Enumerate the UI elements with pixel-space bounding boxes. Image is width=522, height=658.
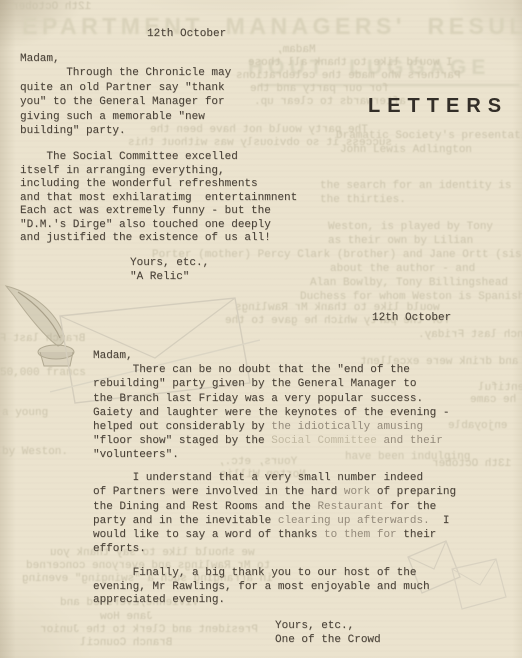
letter-line: the Dining and Rest Rooms and the Restau… — [93, 500, 456, 514]
bleed-text-fragment: Partners who made the celebrations — [236, 70, 460, 83]
letter-line-segment: and their — [377, 435, 443, 447]
bleed-text-fragment: a young — [2, 407, 48, 420]
letter-block: Finally, a big thank you to our host of … — [93, 567, 430, 608]
letter-line: Madam, — [20, 52, 231, 66]
letter-line-segment: work — [344, 486, 370, 498]
letter-line-segment: the Dining and Rest Rooms and the — [93, 501, 317, 513]
bleed-text-fragment: as their own by Lilian — [328, 235, 473, 248]
letter-line: "A Relic" — [130, 270, 209, 284]
letter-block: Yours, etc.,One of the Crowd — [275, 620, 381, 648]
bleed-text-fragment: by Weston. — [2, 446, 68, 459]
bleed-text-fragment: 50,000 francs — [0, 367, 86, 380]
letter-line: quite an old Partner say "thank — [20, 81, 231, 95]
letter-line: evening, Mr Rawlings, for a most enjoyab… — [93, 581, 430, 595]
bleed-text-fragment: Duchess for whom Weston is Spanish — [300, 291, 522, 304]
letter-line: Yours, etc., — [130, 256, 209, 270]
bleed-heading: EPARTMENT MANAGERS' RESULTS — [22, 13, 522, 40]
letter-line: There can be no doubt that the "end of t… — [93, 363, 449, 377]
letter-line: you" to the General Manager for — [20, 95, 231, 109]
letter-line-segment: to them for — [324, 529, 397, 541]
letter-line: Each act was extremely funny - but the — [20, 205, 297, 219]
bleed-text-fragment: and plentiful — [478, 382, 522, 395]
bleed-text-fragment: Madam, — [276, 44, 316, 57]
letter-line: "floor show" staged by the Social Commit… — [93, 434, 449, 448]
letter-line: giving such a memorable "new — [20, 110, 231, 124]
bleed-text-fragment: Alan Bowlby, Tony Billingshead — [310, 277, 508, 290]
letter-line: helped out considerably by the idiotical… — [93, 420, 449, 434]
letter-line-segment: of preparing — [370, 486, 456, 498]
bleed-text-fragment: Dramatic Society's presentation — [336, 130, 522, 143]
letter-block: I understand that a very small number in… — [93, 471, 456, 557]
bleed-text-fragment: success it so obviously was without this — [128, 137, 392, 150]
letter-line-segment: their — [397, 529, 437, 541]
letter-line: efforts. — [93, 542, 456, 556]
letter-line: including the wonderful refreshments — [20, 178, 297, 192]
letter-line: "D.M.'s Dirge" also touched one deeply — [20, 219, 297, 233]
bleed-underline — [258, 84, 520, 86]
bleed-text-fragment: I would like to thank all those — [248, 57, 453, 70]
bleed-text-fragment: enjoyable — [448, 420, 507, 433]
letter-line: Through the Chronicle may — [20, 66, 231, 80]
letter-line: party and in the inevitable clearing up … — [93, 514, 456, 528]
scanned-letters-page: EPARTMENT MANAGERS' RESULTSHOUT LUGGAGE1… — [0, 0, 522, 658]
letter-date: 12th October — [147, 27, 226, 41]
letters-masthead: LETTERS — [368, 95, 508, 118]
letter-line-segment: would like to say a word of thanks — [93, 529, 324, 541]
letter-line: appreciated evening. — [93, 594, 430, 608]
letter-line: I understand that a very small number in… — [93, 471, 456, 485]
bleed-text-fragment: about the author - and — [330, 263, 475, 276]
letter-block: Madam, Through the Chronicle mayquite an… — [20, 52, 231, 138]
letter-line-segment: for the — [383, 501, 436, 513]
bleed-text-fragment: John Lewis Adlington — [340, 144, 472, 157]
letter-line: rebuilding" party given by the General M… — [93, 377, 449, 391]
letter-line: and justified the existence of us all! — [20, 232, 297, 246]
letter-line: itself in arranging everything, — [20, 165, 297, 179]
letter-block: Yours, etc.,"A Relic" — [130, 256, 209, 284]
letter-line-segment: the idiotically amusing — [271, 421, 423, 433]
bleed-subheading: HOUT LUGGAGE — [248, 56, 490, 80]
letter-line-segment: clearing up afterwards. — [278, 515, 430, 527]
letter-line: of Partners were involved in the hard wo… — [93, 485, 456, 499]
letter-line: would like to say a word of thanks to th… — [93, 528, 456, 542]
letter-line-segment: party and in the inevitable — [93, 515, 278, 527]
letter-block: Madam, There can be no doubt that the "e… — [93, 349, 449, 463]
letter-date: 12th October — [372, 311, 451, 325]
letter-line: and that most exhilaratimg entertainmnen… — [20, 192, 297, 206]
letter-line-segment: "floor show" staged by the — [93, 435, 271, 447]
letter-line-segment: I — [430, 515, 450, 527]
bleed-text-fragment: the search for an identity is — [320, 180, 511, 193]
letter-line: building" party. — [20, 124, 231, 138]
bleed-text-fragment: Weston, is played by Tony — [328, 221, 493, 234]
letter-line-segment: helped out considerably by — [93, 421, 271, 433]
letter-line: Yours, etc., — [275, 620, 381, 634]
letter-line: "volunteers". — [93, 448, 449, 462]
bleed-text-fragment: Branch last Friday. — [0, 333, 85, 346]
letter-block: The Social Committee excelleditself in a… — [20, 151, 297, 246]
letter-line: One of the Crowd — [275, 634, 381, 648]
letter-line: Gaiety and laughter were the keynotes of… — [93, 406, 449, 420]
bleed-text-fragment: Jane How — [100, 611, 153, 624]
letter-line-segment: Social Committee — [271, 435, 377, 447]
bleed-text-fragment: the thirties. — [320, 194, 406, 207]
letter-line-segment: of Partners were involved in the hard — [93, 486, 344, 498]
bleed-text-fragment: Branch Council — [80, 637, 172, 650]
bleed-text-fragment: 12th October — [12, 1, 91, 14]
letter-line-segment: Restaurant — [317, 501, 383, 513]
letter-line: Madam, — [93, 349, 449, 363]
bleed-text-fragment: and he came — [470, 394, 522, 407]
bleed-text-fragment: Branch last Friday. — [418, 329, 522, 342]
bleed-text-fragment: President and Clerk to the Junior — [40, 624, 258, 637]
letter-line: the Branch last Friday was a very popula… — [93, 392, 449, 406]
letter-line: Finally, a big thank you to our host of … — [93, 567, 430, 581]
letter-line: The Social Committee excelled — [20, 151, 297, 165]
